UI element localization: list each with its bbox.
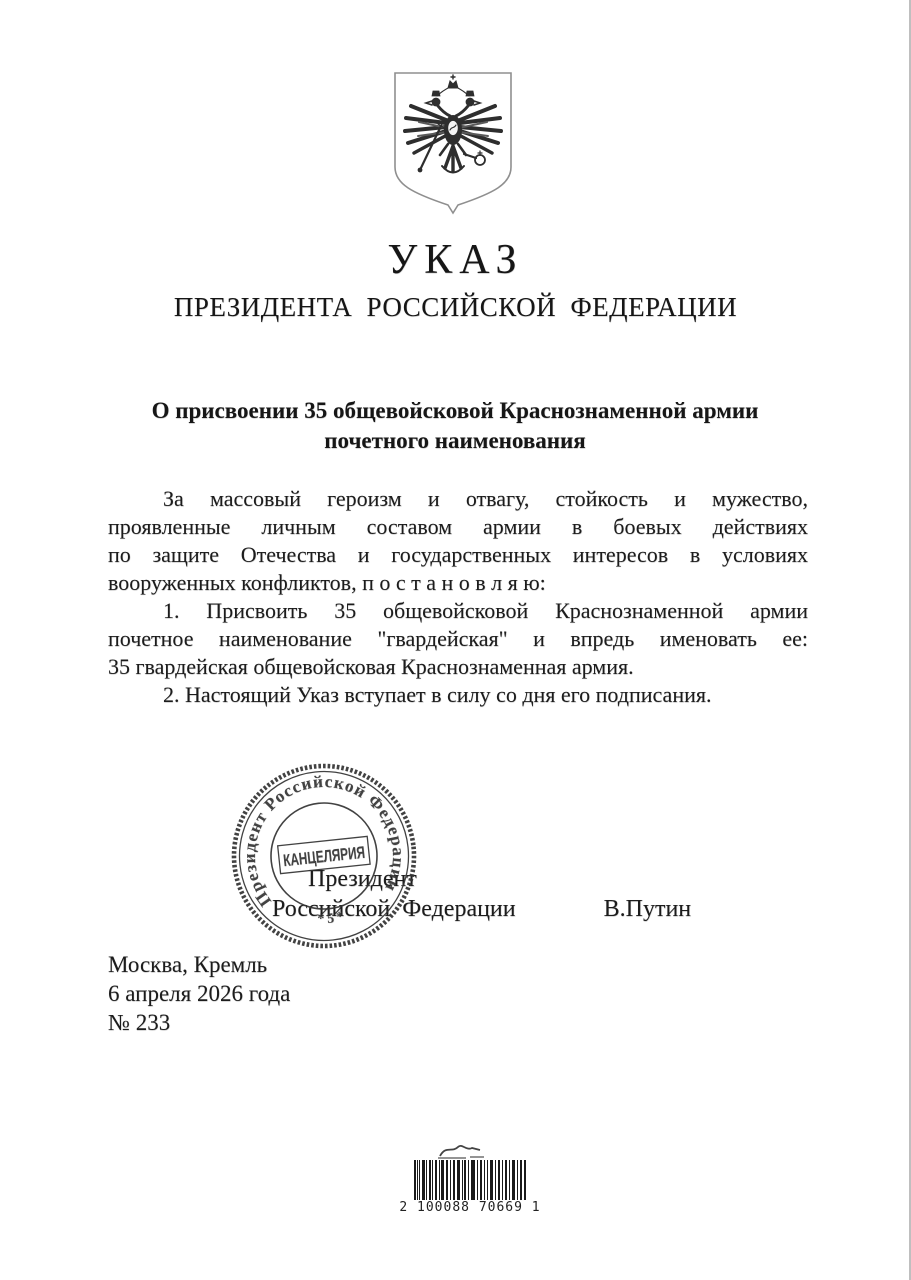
body-line: по защите Отечества и государственных ин… — [108, 541, 808, 569]
decree-issuer: ПРЕЗИДЕНТА РОССИЙСКОЙ ФЕДЕРАЦИИ — [0, 292, 911, 323]
decree-title: УКАЗ — [0, 236, 911, 284]
coat-of-arms-emblem — [392, 70, 514, 216]
stamp-bottom-text: * 5 * — [315, 909, 346, 928]
body-line: 35 гвардейская общевойсковая Краснознаме… — [108, 653, 808, 681]
body-line: проявленные личным составом армии в боев… — [108, 513, 808, 541]
body-line: почетное наименование "гвардейская" и вп… — [108, 625, 808, 653]
issue-block: Москва, Кремль 6 апреля 2026 года № 233 — [108, 950, 290, 1037]
body-line: За массовый героизм и отвагу, стойкость … — [108, 485, 808, 513]
body-line: 1. Присвоить 35 общевойсковой Краснознам… — [108, 597, 808, 625]
body-line: 2. Настоящий Указ вступает в силу со дня… — [108, 681, 808, 709]
decree-subject: О присвоении 35 общевойсковой Краснознам… — [105, 396, 805, 456]
decree-subject-line2: почетного наименования — [105, 426, 805, 456]
issue-place: Москва, Кремль — [108, 950, 290, 979]
barcode-digits: 2 100088 70669 1 — [398, 1200, 542, 1215]
decree-body: За массовый героизм и отвагу, стойкость … — [108, 485, 808, 709]
signature-name: В.Путин — [604, 894, 692, 924]
body-line: вооруженных конфликтов, п о с т а н о в … — [108, 569, 808, 597]
issue-date: 6 апреля 2026 года — [108, 979, 290, 1008]
issue-number: № 233 — [108, 1008, 290, 1037]
stamp-ring-text: Президент Российской Федерации — [231, 764, 412, 912]
double-headed-eagle-icon — [405, 75, 501, 173]
barcode — [414, 1160, 526, 1200]
pen-mark-squiggle — [436, 1141, 488, 1161]
chancellery-stamp: Президент Российской Федерации * 5 * КАН… — [224, 756, 424, 956]
decree-subject-line1: О присвоении 35 общевойсковой Краснознам… — [105, 396, 805, 426]
decree-document-page: УКАЗ ПРЕЗИДЕНТА РОССИЙСКОЙ ФЕДЕРАЦИИ О п… — [0, 0, 911, 1280]
